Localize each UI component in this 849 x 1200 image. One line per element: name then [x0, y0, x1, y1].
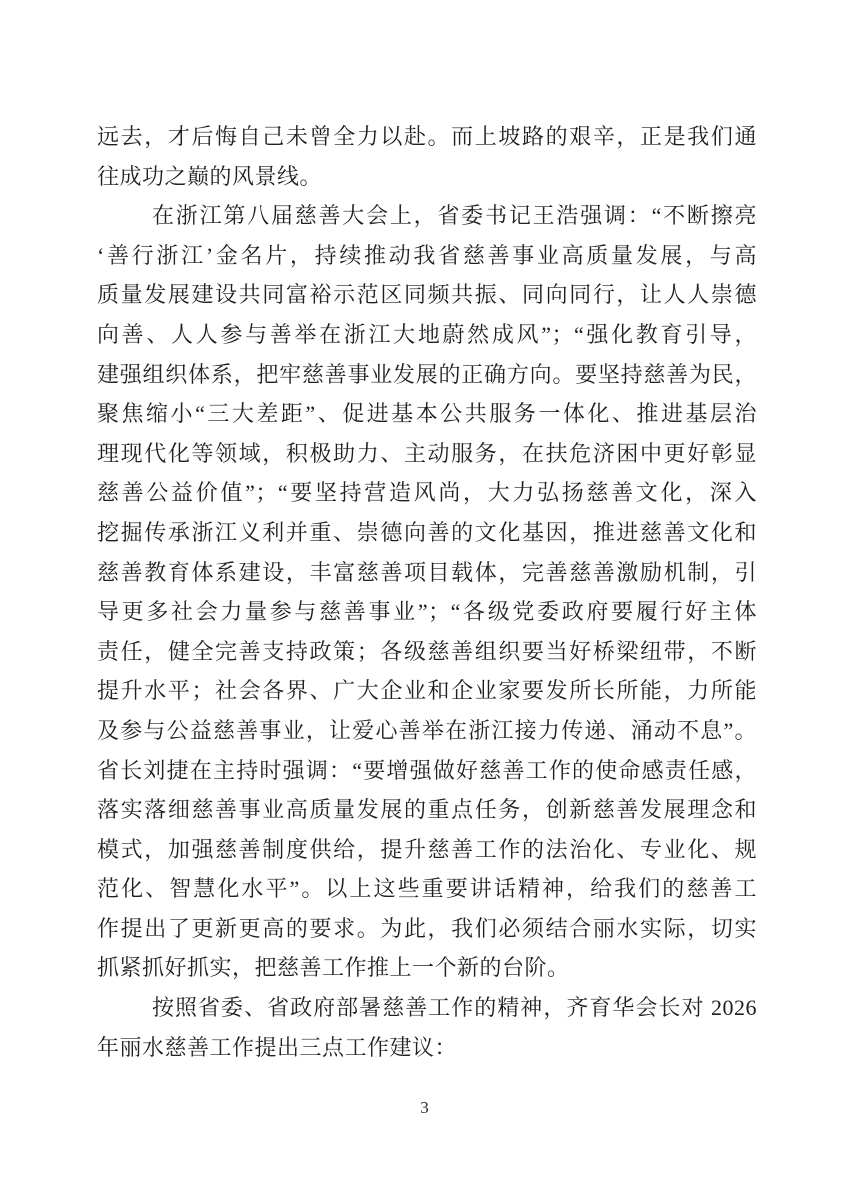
text-line: 落实落细慈善事业高质量发展的重点任务，创新慈善发展理念和 — [97, 790, 757, 830]
page-number: 3 — [0, 1098, 849, 1118]
text-line: 导更多社会力量参与慈善事业”；“各级党委政府要履行好主体 — [97, 592, 757, 632]
text-line: 范化、智慧化水平”。以上这些重要讲话精神，给我们的慈善工 — [97, 869, 757, 909]
text-line: 理现代化等领域，积极助力、主动服务，在扶危济困中更好彰显 — [97, 434, 757, 474]
text-line: 建强组织体系，把牢慈善事业发展的正确方向。要坚持慈善为民， — [97, 355, 757, 395]
text-line: 慈善公益价值”；“要坚持营造风尚，大力弘扬慈善文化，深入 — [97, 473, 757, 513]
text-line: 慈善教育体系建设，丰富慈善项目载体，完善慈善激励机制，引 — [97, 553, 757, 593]
text-line: 年丽水慈善工作提出三点工作建议： — [97, 1028, 757, 1068]
text-line: 模式，加强慈善制度供给，提升慈善工作的法治化、专业化、规 — [97, 830, 757, 870]
text-line: 抓紧抓好抓实，把慈善工作推上一个新的台阶。 — [97, 948, 757, 988]
text-line: 挖掘传承浙江义利并重、崇德向善的文化基因，推进慈善文化和 — [97, 513, 757, 553]
text-line: 及参与公益慈善事业，让爱心善举在浙江接力传递、涌动不息”。 — [97, 711, 757, 751]
text-line: 责任，健全完善支持政策；各级慈善组织要当好桥梁纽带，不断 — [97, 632, 757, 672]
text-line: 按照省委、省政府部暑慈善工作的精神，齐育华会长对 2026 — [97, 988, 757, 1028]
text-line: 远去，才后悔自己未曾全力以赴。而上坡路的艰辛，正是我们通 — [97, 117, 757, 157]
text-body: 远去，才后悔自己未曾全力以赴。而上坡路的艰辛，正是我们通往成功之巅的风景线。在浙… — [97, 117, 757, 1067]
text-line: 提升水平；社会各界、广大企业和企业家要发所长所能，力所能 — [97, 671, 757, 711]
text-line: 在浙江第八届慈善大会上，省委书记王浩强调：“不断擦亮 — [97, 196, 757, 236]
document-page: 远去，才后悔自己未曾全力以赴。而上坡路的艰辛，正是我们通往成功之巅的风景线。在浙… — [0, 0, 849, 1200]
text-line: 质量发展建设共同富裕示范区同频共振、同向同行，让人人崇德 — [97, 275, 757, 315]
text-line: 作提出了更新更高的要求。为此，我们必须结合丽水实际，切实 — [97, 909, 757, 949]
text-line: 聚焦缩小“三大差距”、促进基本公共服务一体化、推进基层治 — [97, 394, 757, 434]
text-line: 省长刘捷在主持时强调：“要增强做好慈善工作的使命感责任感， — [97, 751, 757, 791]
text-line: 往成功之巅的风景线。 — [97, 157, 757, 197]
text-line: 向善、人人参与善举在浙江大地蔚然成风”；“强化教育引导， — [97, 315, 757, 355]
text-line: ‘善行浙江’金名片，持续推动我省慈善事业高质量发展，与高 — [97, 236, 757, 276]
